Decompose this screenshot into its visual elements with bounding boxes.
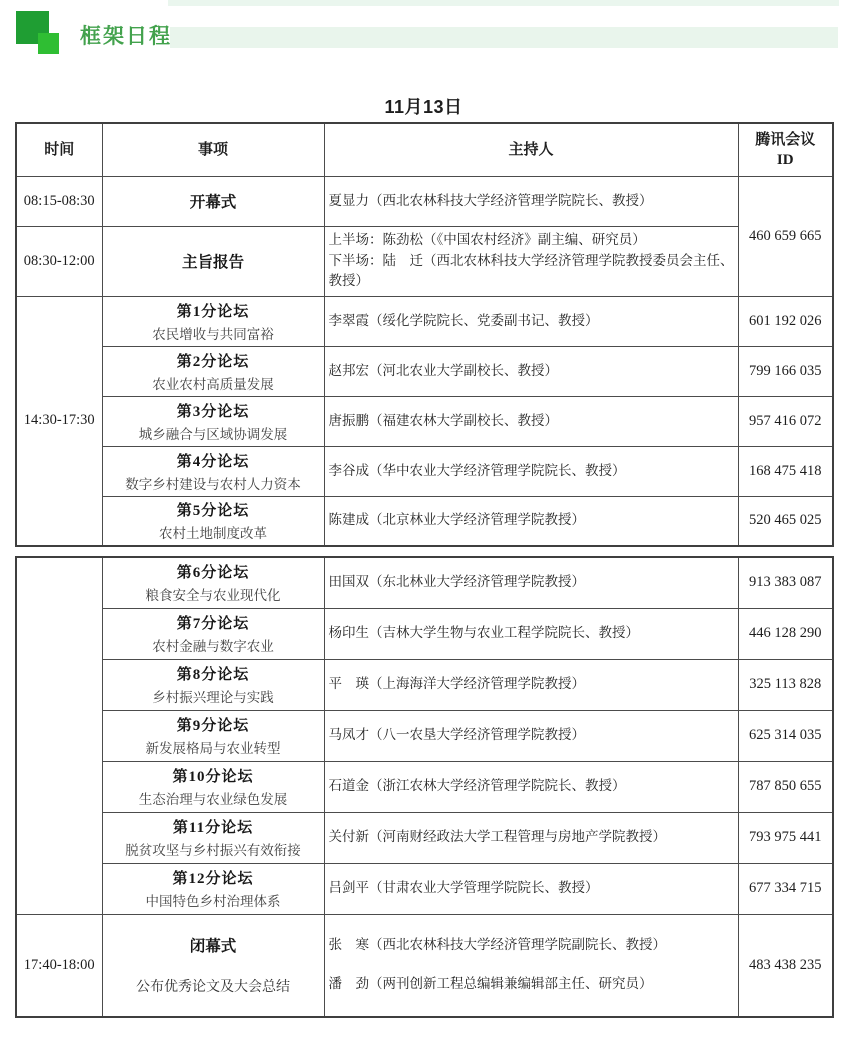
forum-5-item: 第5分论坛 农村土地制度改革 bbox=[102, 496, 324, 546]
forum-row-4: 第4分论坛 数字乡村建设与农村人力资本 李谷成（华中农业大学经济管理学院院长、教… bbox=[16, 446, 833, 496]
schedule-page: 框架日程 11月13日 时间 事项 主持人 腾讯会议 ID 08:15-08:3… bbox=[0, 0, 845, 1037]
forum-3-host: 唐振鹏（福建农林大学副校长、教授） bbox=[324, 396, 738, 446]
forum-5-title: 第5分论坛 bbox=[107, 499, 320, 520]
forum-2-meeting-id: 799 166 035 bbox=[738, 346, 833, 396]
opening-host: 夏显力（西北农林科技大学经济管理学院院长、教授） bbox=[324, 176, 738, 226]
closing-item: 闭幕式 公布优秀论文及大会总结 bbox=[102, 914, 324, 1017]
forum-5-topic: 农村土地制度改革 bbox=[107, 522, 320, 542]
forum-12-item: 第12分论坛 中国特色乡村治理体系 bbox=[102, 863, 324, 914]
forum-row-12: 第12分论坛 中国特色乡村治理体系 吕剑平（甘肃农业大学管理学院院长、教授） 6… bbox=[16, 863, 833, 914]
forum-12-host: 吕剑平（甘肃农业大学管理学院院长、教授） bbox=[324, 863, 738, 914]
forum-6-title: 第6分论坛 bbox=[107, 561, 320, 582]
closing-subtitle: 公布优秀论文及大会总结 bbox=[136, 976, 290, 996]
forum-9-title: 第9分论坛 bbox=[107, 714, 320, 735]
closing-host-line2: 潘 劲（两刊创新工程总编辑兼编辑部主任、研究员） bbox=[329, 974, 734, 995]
keynote-time: 08:30-12:00 bbox=[16, 226, 102, 296]
closing-meeting-id: 483 438 235 bbox=[738, 914, 833, 1017]
forum-2-host: 赵邦宏（河北农业大学副校长、教授） bbox=[324, 346, 738, 396]
forum-row-2: 第2分论坛 农业农村高质量发展 赵邦宏（河北农业大学副校长、教授） 799 16… bbox=[16, 346, 833, 396]
forum-6-meeting-id: 913 383 087 bbox=[738, 557, 833, 608]
forum-11-title: 第11分论坛 bbox=[107, 816, 320, 837]
opening-keynote-meeting-id: 460 659 665 bbox=[738, 176, 833, 296]
forum-3-item: 第3分论坛 城乡融合与区域协调发展 bbox=[102, 396, 324, 446]
header-row: 时间 事项 主持人 腾讯会议 ID bbox=[16, 123, 833, 176]
keynote-host: 上半场：陈劲松（《中国农村经济》副主编、研究员） 下半场：陆 迁（西北农林科技大… bbox=[324, 226, 738, 296]
schedule-table-morning: 时间 事项 主持人 腾讯会议 ID 08:15-08:30 开幕式 夏显力（西北… bbox=[15, 122, 834, 547]
forum-11-meeting-id: 793 975 441 bbox=[738, 812, 833, 863]
forum-row-5: 第5分论坛 农村土地制度改革 陈建成（北京林业大学经济管理学院教授） 520 4… bbox=[16, 496, 833, 546]
opening-row: 08:15-08:30 开幕式 夏显力（西北农林科技大学经济管理学院院长、教授）… bbox=[16, 176, 833, 226]
forum-7-host: 杨印生（吉林大学生物与农业工程学院院长、教授） bbox=[324, 608, 738, 659]
afternoon-time: 14:30-17:30 bbox=[16, 296, 102, 546]
forum-row-1: 14:30-17:30 第1分论坛 农民增收与共同富裕 李翠霞（绥化学院院长、党… bbox=[16, 296, 833, 346]
forum-5-host: 陈建成（北京林业大学经济管理学院教授） bbox=[324, 496, 738, 546]
opening-time: 08:15-08:30 bbox=[16, 176, 102, 226]
forum-10-item: 第10分论坛 生态治理与农业绿色发展 bbox=[102, 761, 324, 812]
forum-1-meeting-id: 601 192 026 bbox=[738, 296, 833, 346]
forum-1-topic: 农民增收与共同富裕 bbox=[107, 323, 320, 343]
forum-row-8: 第8分论坛 乡村振兴理论与实践 平 瑛（上海海洋大学经济管理学院教授） 325 … bbox=[16, 659, 833, 710]
forum-7-title: 第7分论坛 bbox=[107, 612, 320, 633]
keynote-host-line2: 下半场：陆 迁（西北农林科技大学经济管理学院教授委员会主任、教授） bbox=[329, 251, 734, 293]
forum-9-item: 第9分论坛 新发展格局与农业转型 bbox=[102, 710, 324, 761]
closing-time: 17:40-18:00 bbox=[16, 914, 102, 1017]
afternoon-time-empty bbox=[16, 557, 102, 914]
closing-host: 张 寒（西北农林科技大学经济管理学院副院长、教授） 潘 劲（两刊创新工程总编辑兼… bbox=[324, 914, 738, 1017]
forum-8-host: 平 瑛（上海海洋大学经济管理学院教授） bbox=[324, 659, 738, 710]
keynote-title: 主旨报告 bbox=[182, 254, 244, 271]
keynote-row: 08:30-12:00 主旨报告 上半场：陈劲松（《中国农村经济》副主编、研究员… bbox=[16, 226, 833, 296]
green-square-light bbox=[38, 33, 59, 54]
date-title: 11月13日 bbox=[15, 93, 832, 119]
closing-title: 闭幕式 bbox=[190, 934, 237, 956]
forum-6-host: 田国双（东北林业大学经济管理学院教授） bbox=[324, 557, 738, 608]
forum-3-title: 第3分论坛 bbox=[107, 400, 320, 421]
header-accent-bar bbox=[170, 27, 838, 48]
forum-9-meeting-id: 625 314 035 bbox=[738, 710, 833, 761]
forum-1-host: 李翠霞（绥化学院院长、党委副书记、教授） bbox=[324, 296, 738, 346]
forum-4-meeting-id: 168 475 418 bbox=[738, 446, 833, 496]
forum-7-meeting-id: 446 128 290 bbox=[738, 608, 833, 659]
column-header-item: 事项 bbox=[102, 123, 324, 176]
forum-8-meeting-id: 325 113 828 bbox=[738, 659, 833, 710]
closing-host-line1: 张 寒（西北农林科技大学经济管理学院副院长、教授） bbox=[329, 935, 734, 956]
forum-10-meeting-id: 787 850 655 bbox=[738, 761, 833, 812]
forum-10-title: 第10分论坛 bbox=[107, 765, 320, 786]
forum-2-title: 第2分论坛 bbox=[107, 350, 320, 371]
forum-8-topic: 乡村振兴理论与实践 bbox=[107, 686, 320, 706]
closing-row: 17:40-18:00 闭幕式 公布优秀论文及大会总结 张 寒（西北农林科技大学… bbox=[16, 914, 833, 1017]
forum-row-6: 第6分论坛 粮食安全与农业现代化 田国双（东北林业大学经济管理学院教授） 913… bbox=[16, 557, 833, 608]
forum-1-item: 第1分论坛 农民增收与共同富裕 bbox=[102, 296, 324, 346]
forum-4-item: 第4分论坛 数字乡村建设与农村人力资本 bbox=[102, 446, 324, 496]
forum-2-item: 第2分论坛 农业农村高质量发展 bbox=[102, 346, 324, 396]
forum-12-meeting-id: 677 334 715 bbox=[738, 863, 833, 914]
forum-1-title: 第1分论坛 bbox=[107, 300, 320, 321]
column-header-meeting-id-line2: ID bbox=[743, 150, 829, 170]
forum-4-host: 李谷成（华中农业大学经济管理学院院长、教授） bbox=[324, 446, 738, 496]
forum-11-host: 关付新（河南财经政法大学工程管理与房地产学院教授） bbox=[324, 812, 738, 863]
forum-row-10: 第10分论坛 生态治理与农业绿色发展 石道金（浙江农林大学经济管理学院院长、教授… bbox=[16, 761, 833, 812]
forum-4-title: 第4分论坛 bbox=[107, 450, 320, 471]
forum-11-topic: 脱贫攻坚与乡村振兴有效衔接 bbox=[107, 839, 320, 859]
forum-3-meeting-id: 957 416 072 bbox=[738, 396, 833, 446]
forum-8-title: 第8分论坛 bbox=[107, 663, 320, 684]
column-header-time: 时间 bbox=[16, 123, 102, 176]
opening-title: 开幕式 bbox=[190, 194, 237, 211]
forum-12-title: 第12分论坛 bbox=[107, 867, 320, 888]
forum-12-topic: 中国特色乡村治理体系 bbox=[107, 890, 320, 910]
forum-row-3: 第3分论坛 城乡融合与区域协调发展 唐振鹏（福建农林大学副校长、教授） 957 … bbox=[16, 396, 833, 446]
forum-row-9: 第9分论坛 新发展格局与农业转型 马凤才（八一农垦大学经济管理学院教授） 625… bbox=[16, 710, 833, 761]
top-accent-strip bbox=[168, 0, 839, 6]
forum-row-11: 第11分论坛 脱贫攻坚与乡村振兴有效衔接 关付新（河南财经政法大学工程管理与房地… bbox=[16, 812, 833, 863]
forum-9-host: 马凤才（八一农垦大学经济管理学院教授） bbox=[324, 710, 738, 761]
green-squares-icon bbox=[16, 10, 66, 64]
section-header: 框架日程 bbox=[14, 8, 838, 70]
forum-4-topic: 数字乡村建设与农村人力资本 bbox=[107, 473, 320, 493]
forum-10-host: 石道金（浙江农林大学经济管理学院院长、教授） bbox=[324, 761, 738, 812]
keynote-item: 主旨报告 bbox=[102, 226, 324, 296]
forum-11-item: 第11分论坛 脱贫攻坚与乡村振兴有效衔接 bbox=[102, 812, 324, 863]
section-title: 框架日程 bbox=[80, 20, 172, 50]
forum-9-topic: 新发展格局与农业转型 bbox=[107, 737, 320, 757]
forum-3-topic: 城乡融合与区域协调发展 bbox=[107, 423, 320, 443]
forum-8-item: 第8分论坛 乡村振兴理论与实践 bbox=[102, 659, 324, 710]
forum-7-item: 第7分论坛 农村金融与数字农业 bbox=[102, 608, 324, 659]
column-header-meeting-id-line1: 腾讯会议 bbox=[743, 130, 829, 150]
keynote-host-line1: 上半场：陈劲松（《中国农村经济》副主编、研究员） bbox=[329, 230, 734, 251]
forum-10-topic: 生态治理与农业绿色发展 bbox=[107, 788, 320, 808]
forum-5-meeting-id: 520 465 025 bbox=[738, 496, 833, 546]
forum-row-7: 第7分论坛 农村金融与数字农业 杨印生（吉林大学生物与农业工程学院院长、教授） … bbox=[16, 608, 833, 659]
column-header-host: 主持人 bbox=[324, 123, 738, 176]
schedule-table-afternoon: 第6分论坛 粮食安全与农业现代化 田国双（东北林业大学经济管理学院教授） 913… bbox=[15, 556, 834, 1018]
forum-6-topic: 粮食安全与农业现代化 bbox=[107, 584, 320, 604]
forum-2-topic: 农业农村高质量发展 bbox=[107, 373, 320, 393]
column-header-meeting-id: 腾讯会议 ID bbox=[738, 123, 833, 176]
forum-7-topic: 农村金融与数字农业 bbox=[107, 635, 320, 655]
forum-6-item: 第6分论坛 粮食安全与农业现代化 bbox=[102, 557, 324, 608]
opening-item: 开幕式 bbox=[102, 176, 324, 226]
